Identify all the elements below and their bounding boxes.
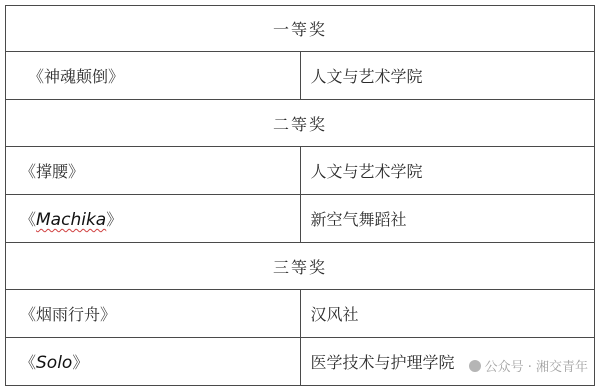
title-bracket-open: 《 — [28, 67, 44, 86]
work-title: Machika — [36, 210, 106, 230]
title-bracket-close: 》 — [106, 210, 122, 229]
title-bracket-close: 》 — [72, 353, 88, 372]
title-bracket-close: 》 — [108, 67, 124, 86]
work-title-cell: 《神魂颠倒》 — [6, 52, 301, 100]
work-title: Solo — [36, 353, 72, 373]
title-bracket-close: 》 — [68, 162, 84, 181]
wechat-account-icon — [469, 360, 481, 372]
work-title-cell: 《撑腰》 — [6, 147, 301, 195]
table-row: 《撑腰》 人文与艺术学院 — [6, 147, 595, 195]
section-header-row-second-prize: 二等奖 — [6, 100, 595, 147]
section-header-row-third-prize: 三等奖 — [6, 243, 595, 290]
work-title: 撑腰 — [36, 162, 68, 181]
title-bracket-open: 《 — [20, 305, 36, 324]
organization-cell: 人文与艺术学院 — [300, 52, 595, 100]
work-title-cell: 《烟雨行舟》 — [6, 290, 301, 338]
organization-cell: 新空气舞蹈社 — [300, 195, 595, 243]
table-row: 《神魂颠倒》 人文与艺术学院 — [6, 52, 595, 100]
organization-cell: 汉风社 — [300, 290, 595, 338]
section-heading-first-prize: 一等奖 — [6, 6, 595, 52]
title-bracket-open: 《 — [20, 210, 36, 229]
organization-cell: 人文与艺术学院 — [300, 147, 595, 195]
section-heading-third-prize: 三等奖 — [6, 243, 595, 290]
table-row: 《Machika》 新空气舞蹈社 — [6, 195, 595, 243]
title-bracket-close: 》 — [100, 305, 116, 324]
watermark-text: 公众号 · 湘交青年 — [485, 356, 588, 375]
table-row: 《烟雨行舟》 汉风社 — [6, 290, 595, 338]
work-title-cell: 《Machika》 — [6, 195, 301, 243]
title-bracket-open: 《 — [20, 353, 36, 372]
section-heading-second-prize: 二等奖 — [6, 100, 595, 147]
title-bracket-open: 《 — [20, 162, 36, 181]
awards-table: 一等奖 《神魂颠倒》 人文与艺术学院 二等奖 《撑腰》 人文与艺术学院 《Mac… — [5, 5, 595, 386]
section-header-row-first-prize: 一等奖 — [6, 6, 595, 52]
work-title: 烟雨行舟 — [36, 305, 100, 324]
watermark: 公众号 · 湘交青年 — [469, 356, 588, 375]
work-title: 神魂颠倒 — [44, 67, 108, 86]
work-title-cell: 《Solo》 — [6, 338, 301, 386]
